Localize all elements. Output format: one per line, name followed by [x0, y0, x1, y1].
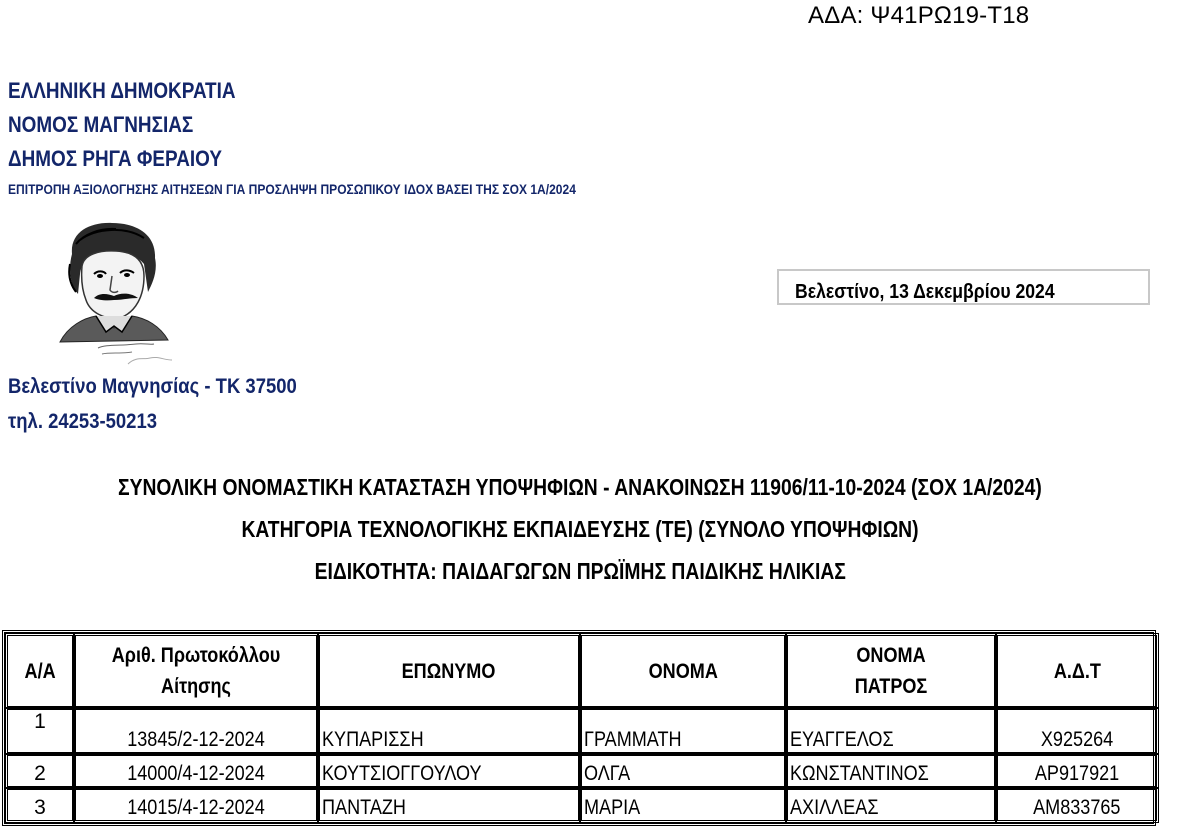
heading-announcement: ΣΥΝΟΛΙΚΗ ΟΝΟΜΑΣΤΙΚΗ ΚΑΤΑΣΤΑΣΗ ΥΠΟΨΗΦΙΩΝ … — [0, 474, 1160, 501]
cell-aa: 2 — [7, 755, 73, 787]
cell-father-name: ΚΩΝΣΤΑΝΤΙΝΟΣ — [787, 755, 995, 787]
org-line-committee: ΕΠΙΤΡΟΠΗ ΑΞΙΟΛΟΓΗΣΗΣ ΑΙΤΗΣΕΩΝ ΓΙΑ ΠΡΟΣΛΗ… — [8, 181, 576, 197]
org-line-republic: ΕΛΛΗΝΙΚΗ ΔΗΜΟΚΡΑΤΙΑ — [8, 78, 236, 104]
col-header-id-card: Α.Δ.Τ — [997, 635, 1157, 707]
cell-name: ΟΛΓΑ — [581, 755, 785, 787]
cell-protocol: 14015/4-12-2024 — [75, 789, 317, 821]
cell-aa: 1 — [7, 709, 73, 753]
cell-protocol: 13845/2-12-2024 — [75, 709, 317, 753]
heading-category: ΚΑΤΗΓΟΡΙΑ ΤΕΧΝΟΛΟΓΙΚΗΣ ΕΚΠΑΙΔΕΥΣΗΣ (ΤΕ) … — [0, 516, 1160, 543]
org-address: Βελεστίνο Μαγνησίας - ΤΚ 37500 — [8, 375, 297, 399]
table-header-row: Α/Α Αριθ. Πρωτοκόλλου Αίτησης ΕΠΩΝΥΜΟ ΟΝ… — [7, 635, 1157, 707]
cell-id-card: ΑΜ833765 — [997, 789, 1157, 821]
cell-protocol: 14000/4-12-2024 — [75, 755, 317, 787]
table-row: 1 13845/2-12-2024 ΚΥΠΑΡΙΣΣΗ ΓΡΑΜΜΑΤΗ ΕΥΑ… — [7, 709, 1157, 753]
table-row: 3 14015/4-12-2024 ΠΑΝΤΑΖΗ ΜΑΡΙΑ ΑΧΙΛΛΕΑΣ… — [7, 789, 1157, 821]
col-header-protocol: Αριθ. Πρωτοκόλλου Αίτησης — [75, 635, 317, 707]
org-line-prefecture: ΝΟΜΟΣ ΜΑΓΝΗΣΙΑΣ — [8, 112, 193, 138]
col-header-aa: Α/Α — [7, 635, 73, 707]
cell-name: ΓΡΑΜΜΑΤΗ — [581, 709, 785, 753]
cell-surname: ΚΥΠΑΡΙΣΣΗ — [319, 709, 579, 753]
candidates-table: Α/Α Αριθ. Πρωτοκόλλου Αίτησης ΕΠΩΝΥΜΟ ΟΝ… — [2, 630, 1156, 826]
cell-father-name: ΕΥΑΓΓΕΛΟΣ — [787, 709, 995, 753]
table-row: 2 14000/4-12-2024 ΚΟΥΤΣΙΟΓΓΟΥΛΟΥ ΟΛΓΑ ΚΩ… — [7, 755, 1157, 787]
cell-id-card: Χ925264 — [997, 709, 1157, 753]
document-date: Βελεστίνο, 13 Δεκεμβρίου 2024 — [795, 281, 1055, 304]
col-header-surname: ΕΠΩΝΥΜΟ — [319, 635, 579, 707]
cell-father-name: ΑΧΙΛΛΕΑΣ — [787, 789, 995, 821]
cell-id-card: ΑΡ917921 — [997, 755, 1157, 787]
col-header-name: ΟΝΟΜΑ — [581, 635, 785, 707]
cell-surname: ΚΟΥΤΣΙΟΓΓΟΥΛΟΥ — [319, 755, 579, 787]
cell-surname: ΠΑΝΤΑΖΗ — [319, 789, 579, 821]
portrait-icon — [40, 214, 190, 370]
ada-code: ΑΔΑ: Ψ41ΡΩ19-Τ18 — [808, 2, 1029, 30]
col-header-father-name: ΟΝΟΜΑ ΠΑΤΡΟΣ — [787, 635, 995, 707]
heading-specialty: ΕΙΔΙΚΟΤΗΤΑ: ΠΑΙΔΑΓΩΓΩΝ ΠΡΩΪΜΗΣ ΠΑΙΔΙΚΗΣ … — [0, 558, 1160, 585]
org-line-municipality: ΔΗΜΟΣ ΡΗΓΑ ΦΕΡΑΙΟΥ — [8, 146, 222, 172]
date-box: Βελεστίνο, 13 Δεκεμβρίου 2024 — [777, 269, 1150, 305]
cell-aa: 3 — [7, 789, 73, 821]
org-phone: τηλ. 24253-50213 — [8, 410, 157, 434]
cell-name: ΜΑΡΙΑ — [581, 789, 785, 821]
